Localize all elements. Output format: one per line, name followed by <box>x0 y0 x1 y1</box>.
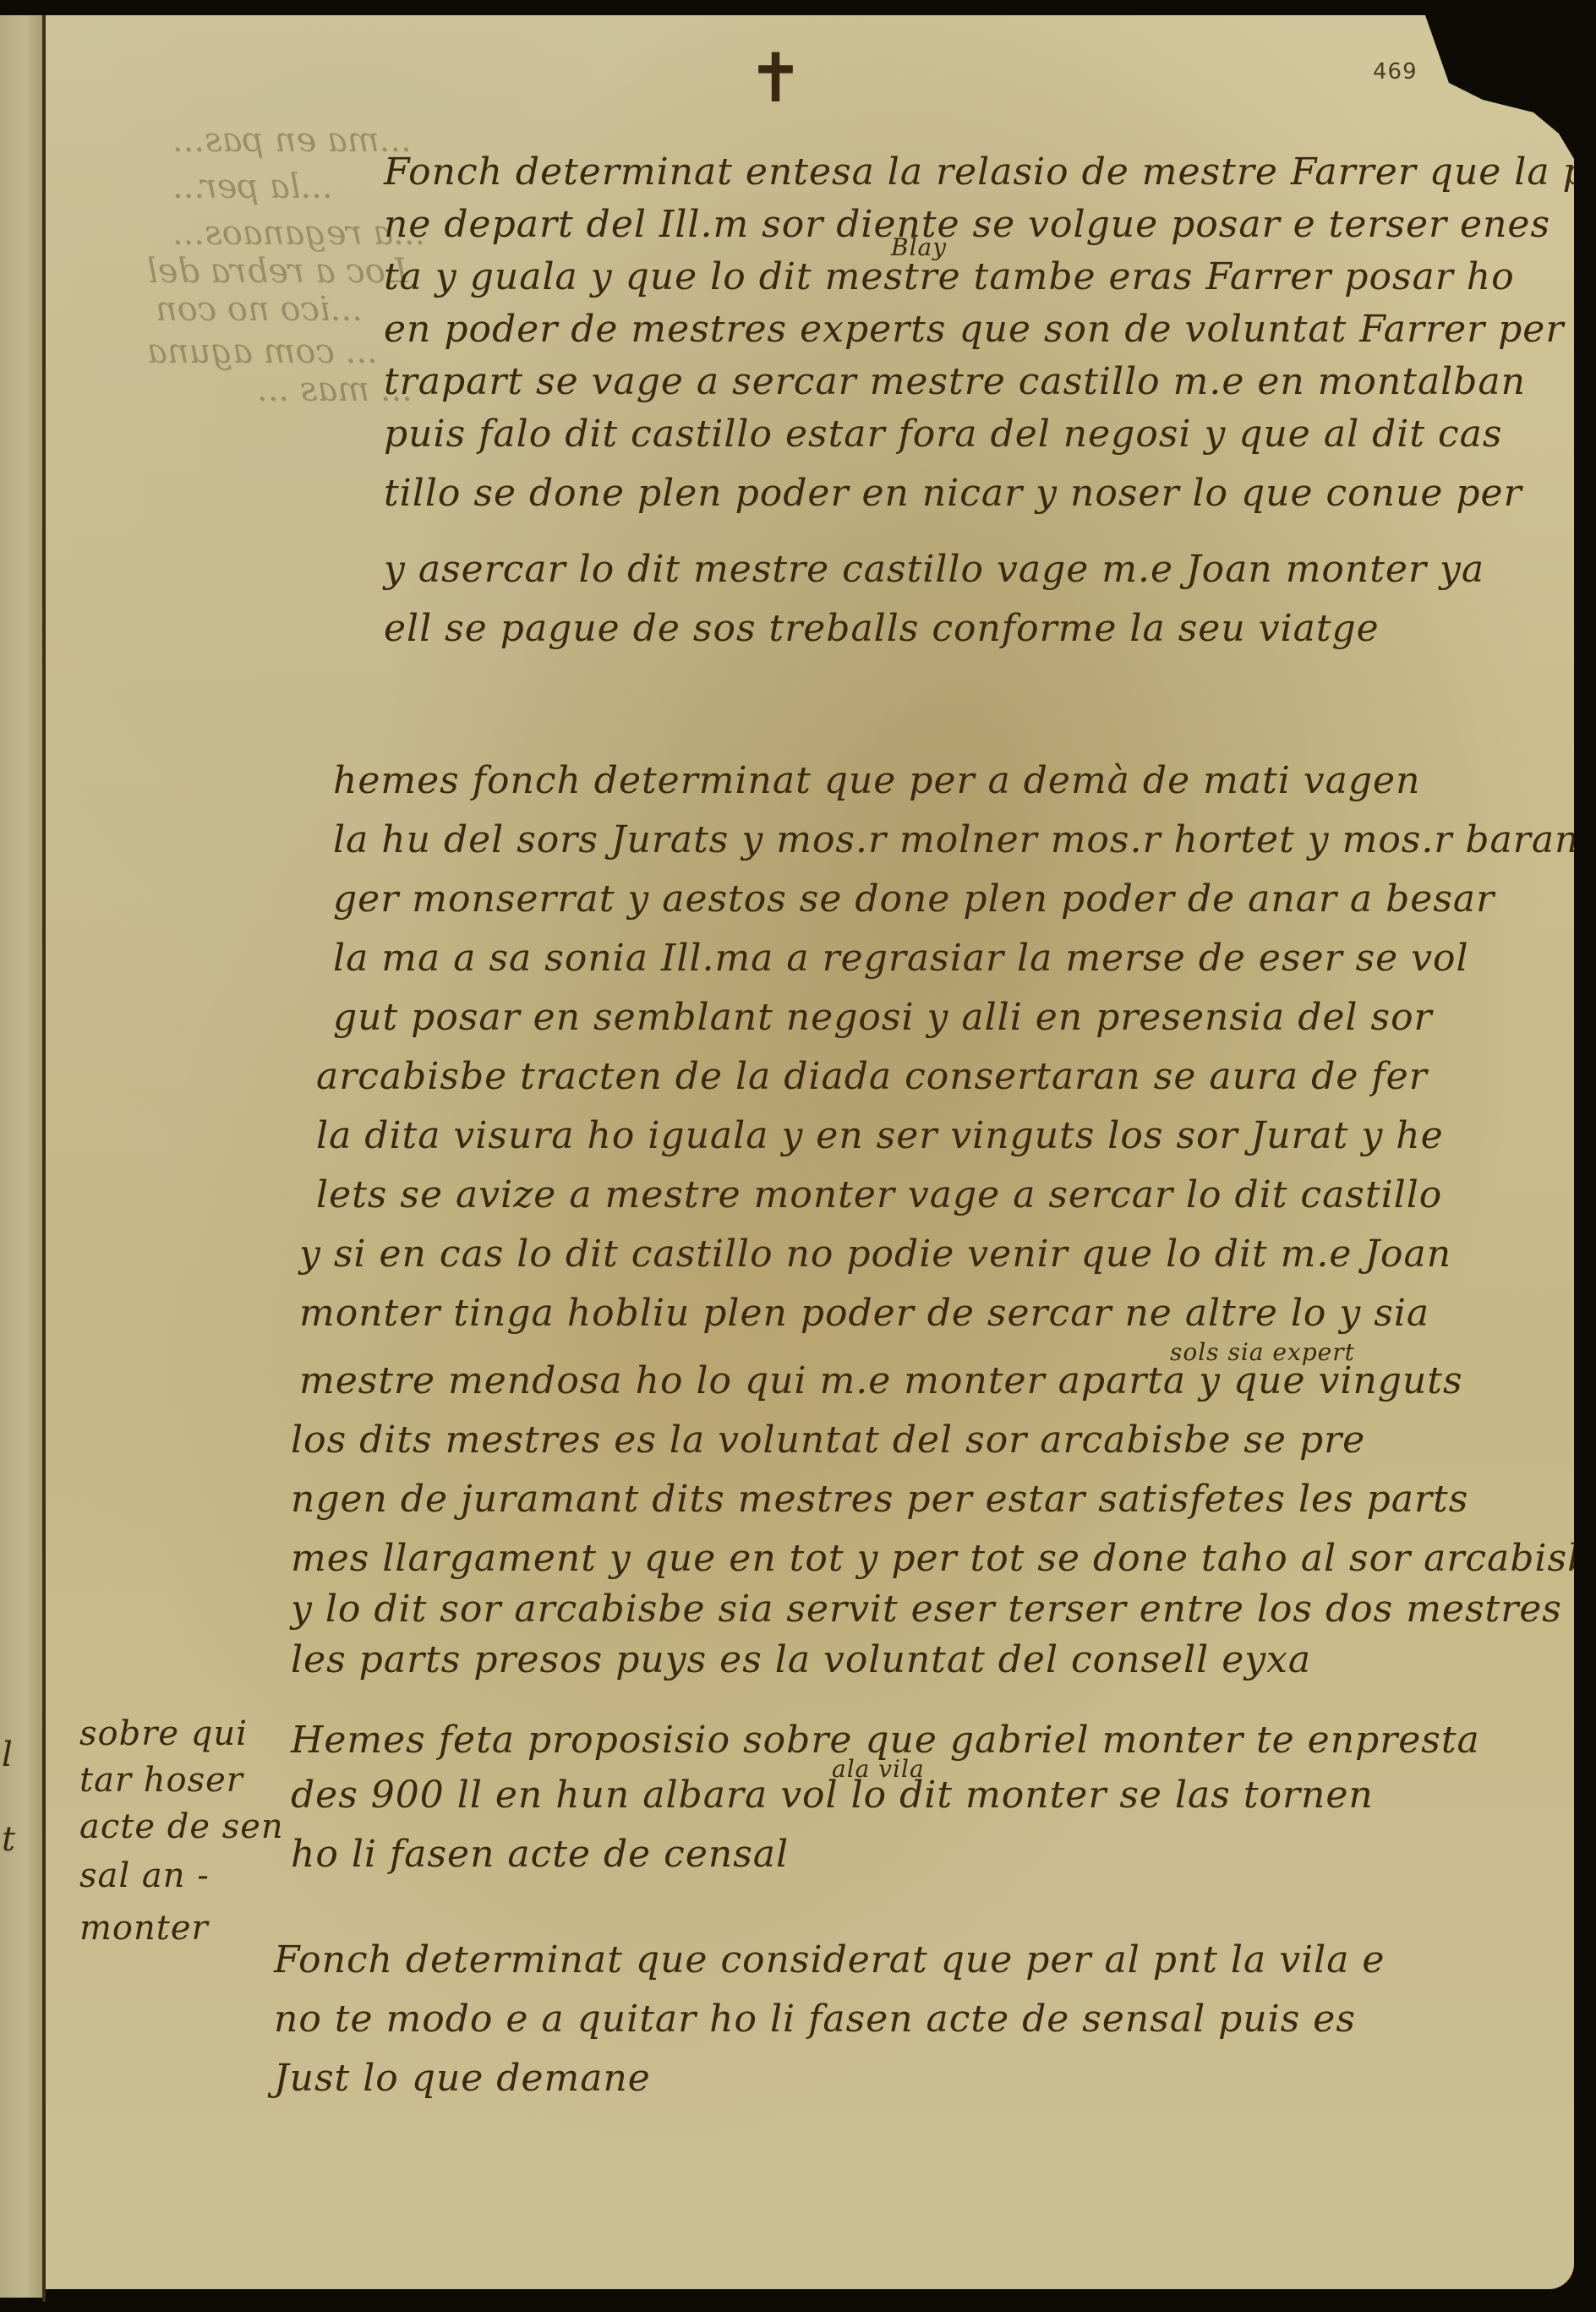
text-line: la dita visura ho iguala y en ser vingut… <box>316 1114 1444 1157</box>
text-line: los dits mestres es la voluntat del sor … <box>291 1418 1365 1462</box>
text-line: Fonch determinat entesa la relasio de me… <box>384 150 1596 194</box>
text-line: y lo dit sor arcabisbe sia servit eser t… <box>291 1588 1596 1631</box>
text-line: Fonch determinat que considerat que per … <box>274 1938 1385 1981</box>
text-line: arcabisbe tracten de la diada consertara… <box>316 1055 1428 1098</box>
text-line: hemes fonch determinat que per a demà de… <box>333 759 1420 802</box>
margin-note-line: monter <box>79 1909 209 1948</box>
bleed-through-text: Loc a rebra del <box>147 252 407 291</box>
cross-mark-icon: ✝ <box>747 39 805 118</box>
text-line: mestre mendosa ho lo qui m.e monter apar… <box>299 1359 1463 1402</box>
binding-gutter <box>42 15 46 2302</box>
text-line: ell se pague de sos treballs conforme la… <box>384 607 1380 650</box>
text-line: lets se avize a mestre monter vage a ser… <box>316 1173 1442 1216</box>
left-page-fragment: t <box>2 1820 16 1859</box>
manuscript-page: ...ma en pas... ...la per... ...a regana… <box>46 15 1574 2289</box>
text-line: en poder de mestres experts que son de v… <box>384 308 1596 351</box>
text-line: y si en cas lo dit castillo no podie ven… <box>299 1233 1451 1276</box>
margin-note-line: sobre qui <box>79 1714 248 1753</box>
text-line: la ma a sa sonia Ill.ma a regrasiar la m… <box>333 937 1469 980</box>
text-line: mes llargament y que en tot y per tot se… <box>291 1537 1596 1580</box>
text-line: la hu del sors Jurats y mos.r molner mos… <box>333 818 1579 861</box>
text-line: Just lo que demane <box>274 2057 651 2100</box>
text-line: y asercar lo dit mestre castillo vage m.… <box>384 548 1484 591</box>
left-page-fragment: l <box>2 1735 14 1774</box>
text-line: ngen de juramant dits mestres per estar … <box>291 1478 1468 1521</box>
margin-note-line: acte de sen <box>79 1807 284 1846</box>
text-line: trapart se vage a sercar mestre castillo… <box>384 360 1526 403</box>
text-line: ger monserrat y aestos se done plen pode… <box>333 877 1495 921</box>
margin-note-line: sal an - <box>79 1856 210 1895</box>
folio-number: 469 <box>1373 59 1418 85</box>
text-line: tillo se done plen poder en nicar y nose… <box>384 472 1522 515</box>
text-line: ne depart del Ill.m sor diente se volgue… <box>384 203 1550 246</box>
text-line: puis falo dit castillo estar fora del ne… <box>384 413 1503 456</box>
bleed-through-text: ...ma en pas... <box>172 121 412 160</box>
bleed-through-text: ...la per... <box>172 167 333 206</box>
text-line: les parts presos puys es la voluntat del… <box>291 1638 1311 1681</box>
bleed-through-text: ...ico no con <box>156 290 363 329</box>
text-line: ho li fasen acte de censal <box>291 1833 789 1876</box>
margin-note-line: tar hoser <box>79 1761 243 1800</box>
adjacent-page-edge: l t <box>0 15 42 2298</box>
text-line: no te modo e a quitar ho li fasen acte d… <box>274 1998 1356 2041</box>
text-line: ta y guala y que lo dit mestre tambe era… <box>384 255 1515 298</box>
bleed-through-text: ... com aguna <box>147 332 378 371</box>
text-line: gut posar en semblant negosi y alli en p… <box>333 996 1433 1039</box>
text-line: des 900 ll en hun albara vol lo dit mont… <box>291 1774 1374 1817</box>
text-line: monter tinga hobliu plen poder de sercar… <box>299 1292 1429 1335</box>
